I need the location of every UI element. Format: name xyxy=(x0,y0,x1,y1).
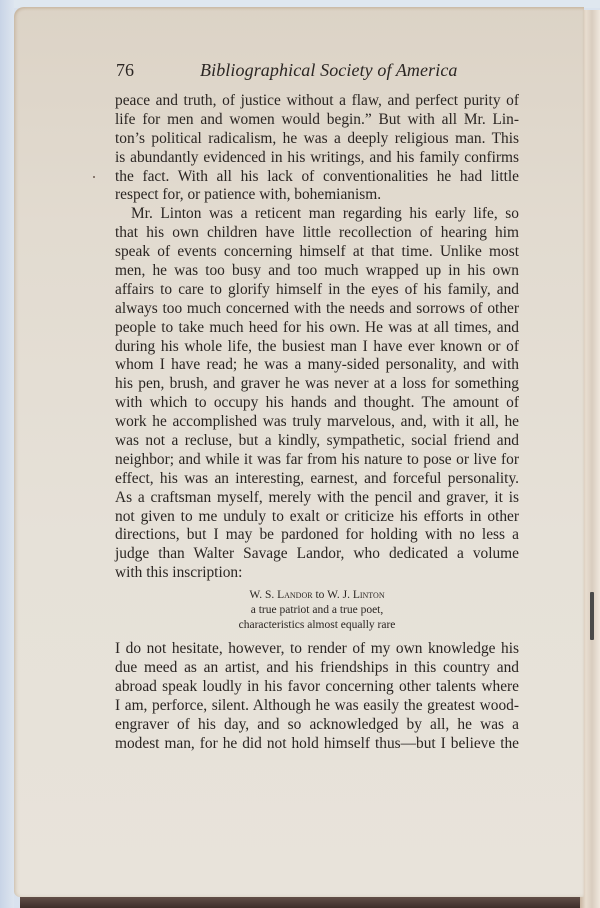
text-line: neighbor; and while it was far from his … xyxy=(115,451,519,470)
inscription-name-landor: Landor xyxy=(277,589,312,601)
text-line: Mr. Linton was a reticent man regarding … xyxy=(115,205,519,224)
text-line: the fact. With all his lack of conventio… xyxy=(115,168,519,187)
text-line: ton’s political radicalism, he was a dee… xyxy=(115,130,519,149)
text-line: speak of events concerning himself at th… xyxy=(115,243,519,262)
text-line: whom I have read; he was a many-sided pe… xyxy=(115,356,519,375)
inscription-line-2: a true patriot and a true poet, xyxy=(115,603,519,618)
text-line: always too much concerned with the needs… xyxy=(115,300,519,319)
text-line: his pen, brush, and graver he was never … xyxy=(115,375,519,394)
text-line: affairs to care to glorify himself in th… xyxy=(115,281,519,300)
paragraph-2: Mr. Linton was a reticent man regarding … xyxy=(115,205,519,583)
text-line: abroad speak loudly in his favor concern… xyxy=(115,678,519,697)
text-line: not given to me unduly to exalt or criti… xyxy=(115,508,519,527)
inscription-text: to W. J. xyxy=(313,589,353,601)
body-text: peace and truth, of justice without a fl… xyxy=(115,92,519,754)
binding-thread xyxy=(590,592,594,640)
dedication-inscription: W. S. Landor to W. J. Linton a true patr… xyxy=(115,588,519,633)
running-head-title: Bibliographical Society of America xyxy=(200,60,458,81)
backdrop-left xyxy=(0,0,14,908)
page-number: 76 xyxy=(116,60,134,81)
text-line: with which to occupy his hands and thoug… xyxy=(115,394,519,413)
text-line: peace and truth, of justice without a fl… xyxy=(115,92,519,111)
text-line: I do not hesitate, however, to render of… xyxy=(115,640,519,659)
text-line: judge than Walter Savage Landor, who ded… xyxy=(115,545,519,564)
text-line: engraver of his day, and so acknowledged… xyxy=(115,716,519,735)
text-line: work he accomplished was truly marvelous… xyxy=(115,413,519,432)
inscription-line-1: W. S. Landor to W. J. Linton xyxy=(115,588,519,603)
text-line: was not a recluse, but a kindly, sympath… xyxy=(115,432,519,451)
text-line: that his own children have little recoll… xyxy=(115,224,519,243)
paper-speck xyxy=(93,176,95,178)
text-line: is abundantly evidenced in his writings,… xyxy=(115,149,519,168)
text-line: respect for, or patience with, bohemiani… xyxy=(115,186,519,205)
text-line: directions, but I may be pardoned for ho… xyxy=(115,526,519,545)
text-line: effect, his was an interesting, earnest,… xyxy=(115,470,519,489)
text-line: As a craftsman myself, merely with the p… xyxy=(115,489,519,508)
inscription-text: W. S. xyxy=(249,589,277,601)
running-head: 76 Bibliographical Society of America xyxy=(116,60,536,84)
text-line: life for men and women would begin.” But… xyxy=(115,111,519,130)
paragraph-1: peace and truth, of justice without a fl… xyxy=(115,92,519,205)
inscription-name-linton: Linton xyxy=(353,589,385,601)
inscription-line-3: characteristics almost equally rare xyxy=(115,618,519,633)
text-line: modest man, for he did not hold himself … xyxy=(115,735,519,754)
text-line: men, he was too busy and too much wrappe… xyxy=(115,262,519,281)
paragraph-3: I do not hesitate, however, to render of… xyxy=(115,640,519,753)
text-line: due meed as an artist, and his friendshi… xyxy=(115,659,519,678)
text-line: during his whole life, the busiest man I… xyxy=(115,338,519,357)
text-line: I am, perforce, silent. Although he was … xyxy=(115,697,519,716)
text-line: with this inscription: xyxy=(115,564,519,583)
text-line: people to take much heed for his own. He… xyxy=(115,319,519,338)
